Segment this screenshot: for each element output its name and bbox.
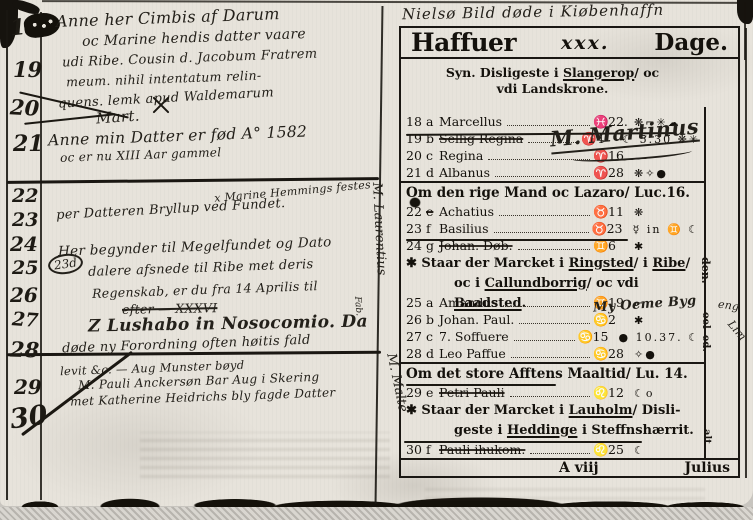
dotted-leader — [494, 232, 589, 233]
weekday-letter: f — [426, 220, 439, 237]
margin-day-number: 25 — [12, 257, 38, 279]
saint-name: Amandus — [439, 294, 498, 311]
saint-name: Johan. Paul. — [439, 311, 514, 328]
dotted-leader — [495, 176, 590, 177]
market-subnote: Syn. Disligeste i Slangerop/ oc vdi Land… — [401, 59, 704, 113]
dotted-leader — [499, 215, 590, 216]
page-footer: A viij Julius — [401, 458, 738, 476]
text-segment: / oc — [634, 65, 659, 80]
underlined-place-name: Lauholm — [569, 403, 633, 418]
day-number: 21 — [406, 164, 426, 181]
month-header: Haffuer xxx. Dage. — [401, 28, 738, 59]
strike-stroke — [406, 239, 628, 241]
vertical-fragment: ed. — [700, 335, 711, 352]
saint-name: Basilius — [439, 220, 489, 237]
weekday-letter: e — [426, 203, 439, 220]
astro-weather-symbols: ✱ — [634, 312, 700, 329]
underlined-place-name: Heddinge — [507, 423, 577, 438]
calendar-row: 22 e Achatius ♉ 11 ❋ — [401, 203, 704, 220]
calendar-row: 27 c 7. Soffuere ♋ 15 ● 10.37. ☾ — [401, 328, 704, 345]
calendar-rows-group: 29 e Petri Pauli ♌ 12 ☾o — [401, 384, 704, 401]
day-count-roman: xxx. — [561, 32, 610, 54]
ink-showthrough — [425, 484, 705, 500]
vertical-fragment: oel — [700, 312, 711, 329]
astro-weather-symbols: ☾ — [634, 442, 700, 458]
calendar-page-frame: Haffuer xxx. Dage. Syn. Disligeste i Sla… — [399, 26, 740, 478]
zodiac-sign: ♌ — [593, 384, 608, 401]
dotted-leader — [510, 396, 590, 397]
calendar-row: 21 d Albanus ♈ 28 ❋✧● — [401, 164, 704, 181]
photo-bottom-strip — [0, 507, 753, 520]
margin-day-number: 20 — [9, 94, 40, 120]
saint-name: Pauli ihukom. — [439, 441, 525, 458]
underlined-place-name: Slangerop — [563, 65, 634, 80]
underlined-place-name: Ringsted — [569, 256, 634, 271]
dotted-leader — [514, 340, 575, 341]
ink-showthrough — [140, 432, 390, 478]
moon-degree: 11 — [608, 203, 634, 220]
text-segment: i Steffnshærrit. — [577, 423, 693, 438]
weekday-letter: b — [426, 130, 439, 147]
text-segment: / — [685, 256, 690, 271]
right-symbol-column: den. oel ed. alt. — [704, 107, 738, 458]
saint-name: 7. Soffuere — [439, 328, 509, 345]
weekday-letter: a — [426, 113, 439, 130]
text-segment: ✱ Staar der Marcket i — [406, 256, 569, 271]
weekday-letter: c — [426, 328, 439, 345]
market-note-line1: ✱ Staar der Marcket i Ringsted/ i Ribe/ — [406, 256, 690, 271]
frame-outer-double-line — [745, 28, 747, 478]
moon-degree: 25 — [608, 441, 634, 458]
text-segment: ✱ Staar der Marcket i — [406, 403, 569, 418]
handwritten-margin-bit: eng — [717, 298, 740, 314]
saint-name: Regina — [439, 147, 483, 164]
market-note: ✱ Staar der Marcket i Lauholm/ Disli- ge… — [401, 401, 704, 441]
margin-day-number: 28 — [10, 336, 40, 362]
calendar-rows-group: 30 f Pauli ihukom. ♌ 25 ☾ — [401, 441, 704, 458]
margin-day-number: 22 — [12, 185, 38, 207]
text-segment: oc i — [454, 276, 485, 291]
calendar-row: 23 f Basilius ♉ 23 ☿ in ♊ ☾ — [401, 220, 704, 237]
zodiac-sign: ♋ — [578, 328, 593, 345]
dotted-leader — [518, 249, 590, 250]
weekday-letter: a — [426, 294, 439, 311]
calendar-row: 28 d Leo Paffue ♋ 28 ✧● — [401, 345, 704, 362]
day-number: 26 — [406, 311, 426, 328]
weekday-letter: d — [426, 345, 439, 362]
zodiac-sign: ♉ — [592, 220, 607, 237]
market-note-line2: geste i Heddinge i Steffnshærrit. — [406, 421, 704, 441]
text-segment: / Disli- — [632, 403, 680, 418]
weekday-letter: b — [426, 311, 439, 328]
market-note: ✱ Staar der Marcket i Ringsted/ i Ribe/ … — [401, 254, 704, 294]
zodiac-sign: ♌ — [593, 441, 608, 458]
weekday-letter: c — [426, 147, 439, 164]
day-number: 28 — [406, 345, 426, 362]
text-segment: / i — [634, 256, 653, 271]
zodiac-sign: ♉ — [593, 203, 608, 220]
margin-day-number: 19 — [13, 57, 42, 82]
strike-stroke — [406, 384, 556, 386]
day-number: 30 — [406, 441, 426, 458]
astro-weather-symbols: ☾o — [634, 385, 700, 402]
astro-weather-symbols: ● 10.37. ☾ — [619, 329, 700, 346]
underlined-place-name: Ribe — [652, 256, 685, 271]
text-segment: vdi Landskrone. — [497, 81, 609, 96]
calendar-rows-group: 22 e Achatius ♉ 11 ❋ 23 f Basilius ♉ 23 … — [401, 203, 704, 254]
text-segment: / oc vdi — [587, 276, 639, 291]
zodiac-sign: ♋ — [593, 345, 608, 362]
calendar-row: 29 e Petri Pauli ♌ 12 ☾o — [401, 384, 704, 401]
astro-weather-symbols: ❋ — [634, 204, 700, 221]
margin-day-number: 21 — [13, 131, 44, 157]
sunday-gospel-heading: Om det store Afftens Maaltid/ Lu. 14. — [401, 362, 704, 384]
astro-weather-symbols: ❋✧● — [634, 165, 700, 182]
moon-degree: 28 — [608, 164, 634, 181]
zodiac-sign: ♈ — [593, 164, 608, 181]
margin-day-number: 27 — [11, 308, 39, 332]
market-note-line1: ✱ Staar der Marcket i Lauholm/ Disli- — [406, 403, 681, 418]
saint-name: Albanus — [439, 164, 490, 181]
ink-scribble — [409, 197, 421, 208]
saint-name: Leo Paffue — [439, 345, 506, 362]
day-number: 18 — [406, 113, 426, 130]
calendar-row: 30 f Pauli ihukom. ♌ 25 ☾ — [401, 441, 704, 458]
dotted-leader — [530, 453, 590, 454]
saint-name: Marcellus — [439, 113, 502, 130]
underlined-place-name: Callundborrig — [485, 276, 587, 291]
catchword-next-month: Julius — [685, 460, 731, 476]
moon-degree: 12 — [608, 384, 634, 401]
astro-weather-symbols: ✱ — [634, 238, 700, 255]
astro-weather-symbols: ✧● — [634, 346, 700, 363]
days-word: Dage. — [654, 29, 728, 56]
signature-mark: A viij — [559, 460, 599, 476]
vertical-fragment: alt. — [701, 429, 712, 447]
calendar-row: 26 b Johan. Paul. ♋ 2 ✱ — [401, 311, 704, 328]
dotted-leader — [519, 323, 590, 324]
text-segment: geste i — [454, 423, 507, 438]
day-number: 25 — [406, 294, 426, 311]
weekday-letter: d — [426, 164, 439, 181]
gutter-note-small: Fab. — [352, 296, 364, 316]
day-number: 29 — [406, 384, 426, 401]
moon-degree: 23 — [607, 220, 633, 237]
day-number: 20 — [406, 147, 426, 164]
day-number: 19 — [406, 130, 426, 147]
vertical-fragment: den. — [699, 257, 712, 284]
day-number: 27 — [406, 328, 426, 345]
moon-degree: 28 — [608, 345, 634, 362]
weekday-letter: f — [426, 441, 439, 458]
day-number: 23 — [406, 220, 426, 237]
left-page-border-line — [6, 10, 8, 500]
moon-degree: 15 — [593, 328, 619, 345]
dotted-leader — [503, 306, 590, 307]
margin-day-number: 23 — [12, 209, 38, 231]
margin-day-number: 26 — [10, 283, 38, 307]
almanac-photo: 18192021222324252627282930 23d Anne her … — [0, 0, 753, 520]
month-word: Haffuer — [411, 28, 516, 57]
subnote-line1: Syn. Disligeste i Slangerop/ oc — [446, 65, 659, 80]
sunday-gospel-heading: Om den rige Mand oc Lazaro/ Luc.16. — [401, 181, 704, 203]
strike-stroke — [404, 441, 642, 443]
margin-day-number: 29 — [14, 375, 42, 399]
astro-weather-symbols: ☿ in ♊ ☾ — [633, 221, 700, 238]
dotted-leader — [511, 357, 590, 358]
saint-name: Petri Pauli — [439, 384, 505, 401]
saint-name: Achatius — [439, 203, 494, 220]
text-segment: Syn. Disligeste i — [446, 65, 563, 80]
margin-day-number: 24 — [10, 232, 38, 256]
subnote-line2: vdi Landskrone. — [497, 81, 609, 96]
weekday-letter: e — [426, 384, 439, 401]
